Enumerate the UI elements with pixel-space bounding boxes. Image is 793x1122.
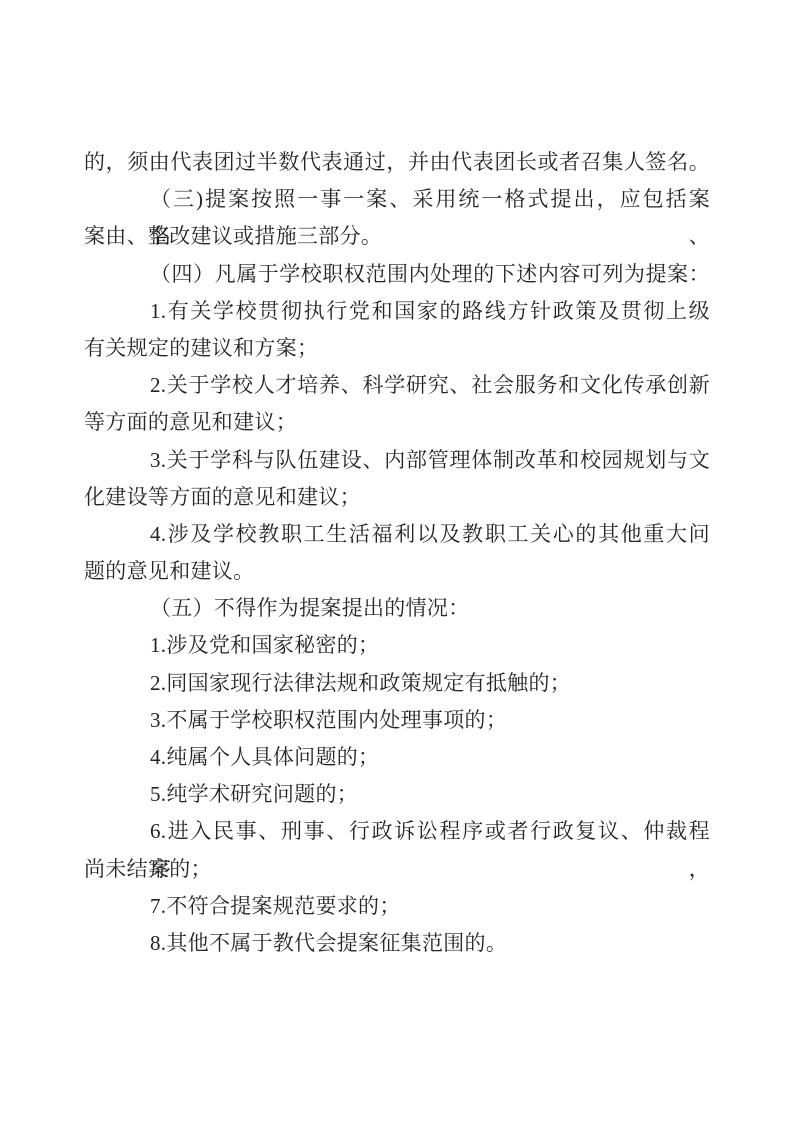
text-line: （四）凡属于学校职权范围内处理的下述内容可列为提案： <box>84 256 710 293</box>
text-line: 1.有关学校贯彻执行党和国家的路线方针政策及贯彻上级 <box>84 293 710 330</box>
text-line: 有关规定的建议和方案； <box>84 330 710 367</box>
text-line: 4.涉及学校教职工生活福利以及教职工关心的其他重大问 <box>84 516 710 553</box>
text-line: （三)提案按照一事一案、采用统一格式提出，应包括案名、 <box>84 181 710 218</box>
text-line: （五）不得作为提案提出的情况： <box>84 590 710 627</box>
text-line: 7.不符合提案规范要求的； <box>84 888 710 925</box>
text-line: 4.纯属个人具体问题的； <box>84 739 710 776</box>
text-line: 3.关于学科与队伍建设、内部管理体制改革和校园规划与文 <box>84 442 710 479</box>
document-body: 的，须由代表团过半数代表通过，并由代表团长或者召集人签名。（三)提案按照一事一案… <box>84 144 710 962</box>
text-line: 化建设等方面的意见和建议； <box>84 479 710 516</box>
document-page: 的，须由代表团过半数代表通过，并由代表团长或者召集人签名。（三)提案按照一事一案… <box>0 0 793 1122</box>
text-line: 1.涉及党和国家秘密的； <box>84 627 710 664</box>
text-line: 2.同国家现行法律法规和政策规定有抵触的； <box>84 665 710 702</box>
text-line: 的，须由代表团过半数代表通过，并由代表团长或者召集人签名。 <box>84 144 710 181</box>
text-line: 6.进入民事、刑事、行政诉讼程序或者行政复议、仲裁程序， <box>84 813 710 850</box>
text-line: 8.其他不属于教代会提案征集范围的。 <box>84 925 710 962</box>
text-line: 3.不属于学校职权范围内处理事项的； <box>84 702 710 739</box>
text-line: 等方面的意见和建议； <box>84 404 710 441</box>
text-line: 5.纯学术研究问题的； <box>84 776 710 813</box>
text-line: 题的意见和建议。 <box>84 553 710 590</box>
text-line: 2.关于学校人才培养、科学研究、社会服务和文化传承创新 <box>84 367 710 404</box>
